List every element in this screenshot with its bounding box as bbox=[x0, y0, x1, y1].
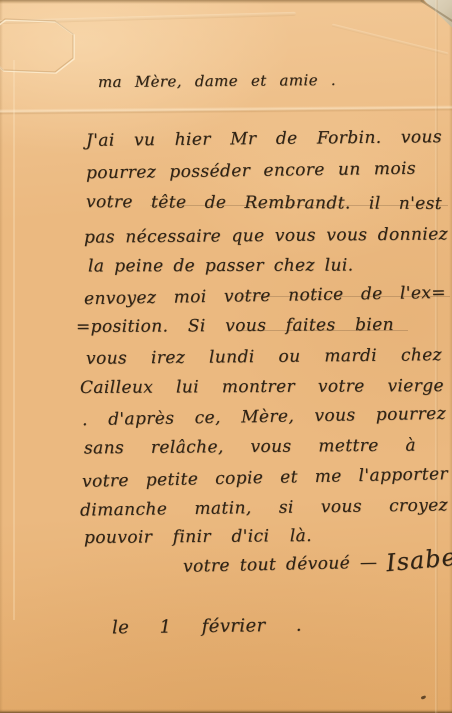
fold-crease-horizontal bbox=[0, 105, 452, 115]
signature: Isabey . bbox=[385, 543, 452, 575]
letter-line: . d'après ce, Mère, vous pourrez bbox=[82, 403, 446, 431]
letter-line: pouvoir finir d'ici là. bbox=[84, 525, 312, 549]
letter-line: la peine de passer chez lui. bbox=[88, 255, 336, 278]
paper-edge-left bbox=[0, 0, 3, 713]
letter-line: votre tête de Rembrandt. il n'est bbox=[86, 191, 442, 215]
paper-edge-bottom bbox=[0, 709, 452, 713]
letter-scan: ma Mère, dame et amie . J'ai vu hier Mr … bbox=[0, 0, 452, 713]
letter-line: vous irez lundi ou mardi chez bbox=[86, 344, 442, 370]
paper-edge-top bbox=[0, 0, 452, 4]
letter-line: J'ai vu hier Mr de Forbin. vous bbox=[86, 126, 442, 152]
fold-crease-left bbox=[13, 60, 15, 620]
letter-line: pourrez posséder encore un mois bbox=[86, 158, 416, 185]
paper-wrinkle bbox=[331, 24, 448, 56]
letter-line: Cailleux lui montrer votre vierge bbox=[80, 375, 444, 399]
letter-line: envoyez moi votre notice de l'ex= bbox=[84, 282, 446, 310]
embossed-stamp-icon bbox=[0, 16, 78, 76]
salutation-line: ma Mère, dame et amie . bbox=[98, 69, 336, 93]
letter-line: sans relâche, vous mettre à bbox=[84, 435, 416, 460]
letter-line: pas nécessaire que vous vous donniez bbox=[84, 223, 448, 248]
letter-line: =position. Si vous faites bien bbox=[76, 314, 394, 338]
closing-line: votre tout dévoué — bbox=[183, 552, 378, 578]
letter-line: votre petite copie et me l'apporter bbox=[82, 463, 448, 493]
letter-line: dimanche matin, si vous croyez bbox=[80, 494, 448, 521]
date-line: le 1 février . bbox=[112, 615, 302, 640]
ink-speck bbox=[421, 695, 427, 700]
